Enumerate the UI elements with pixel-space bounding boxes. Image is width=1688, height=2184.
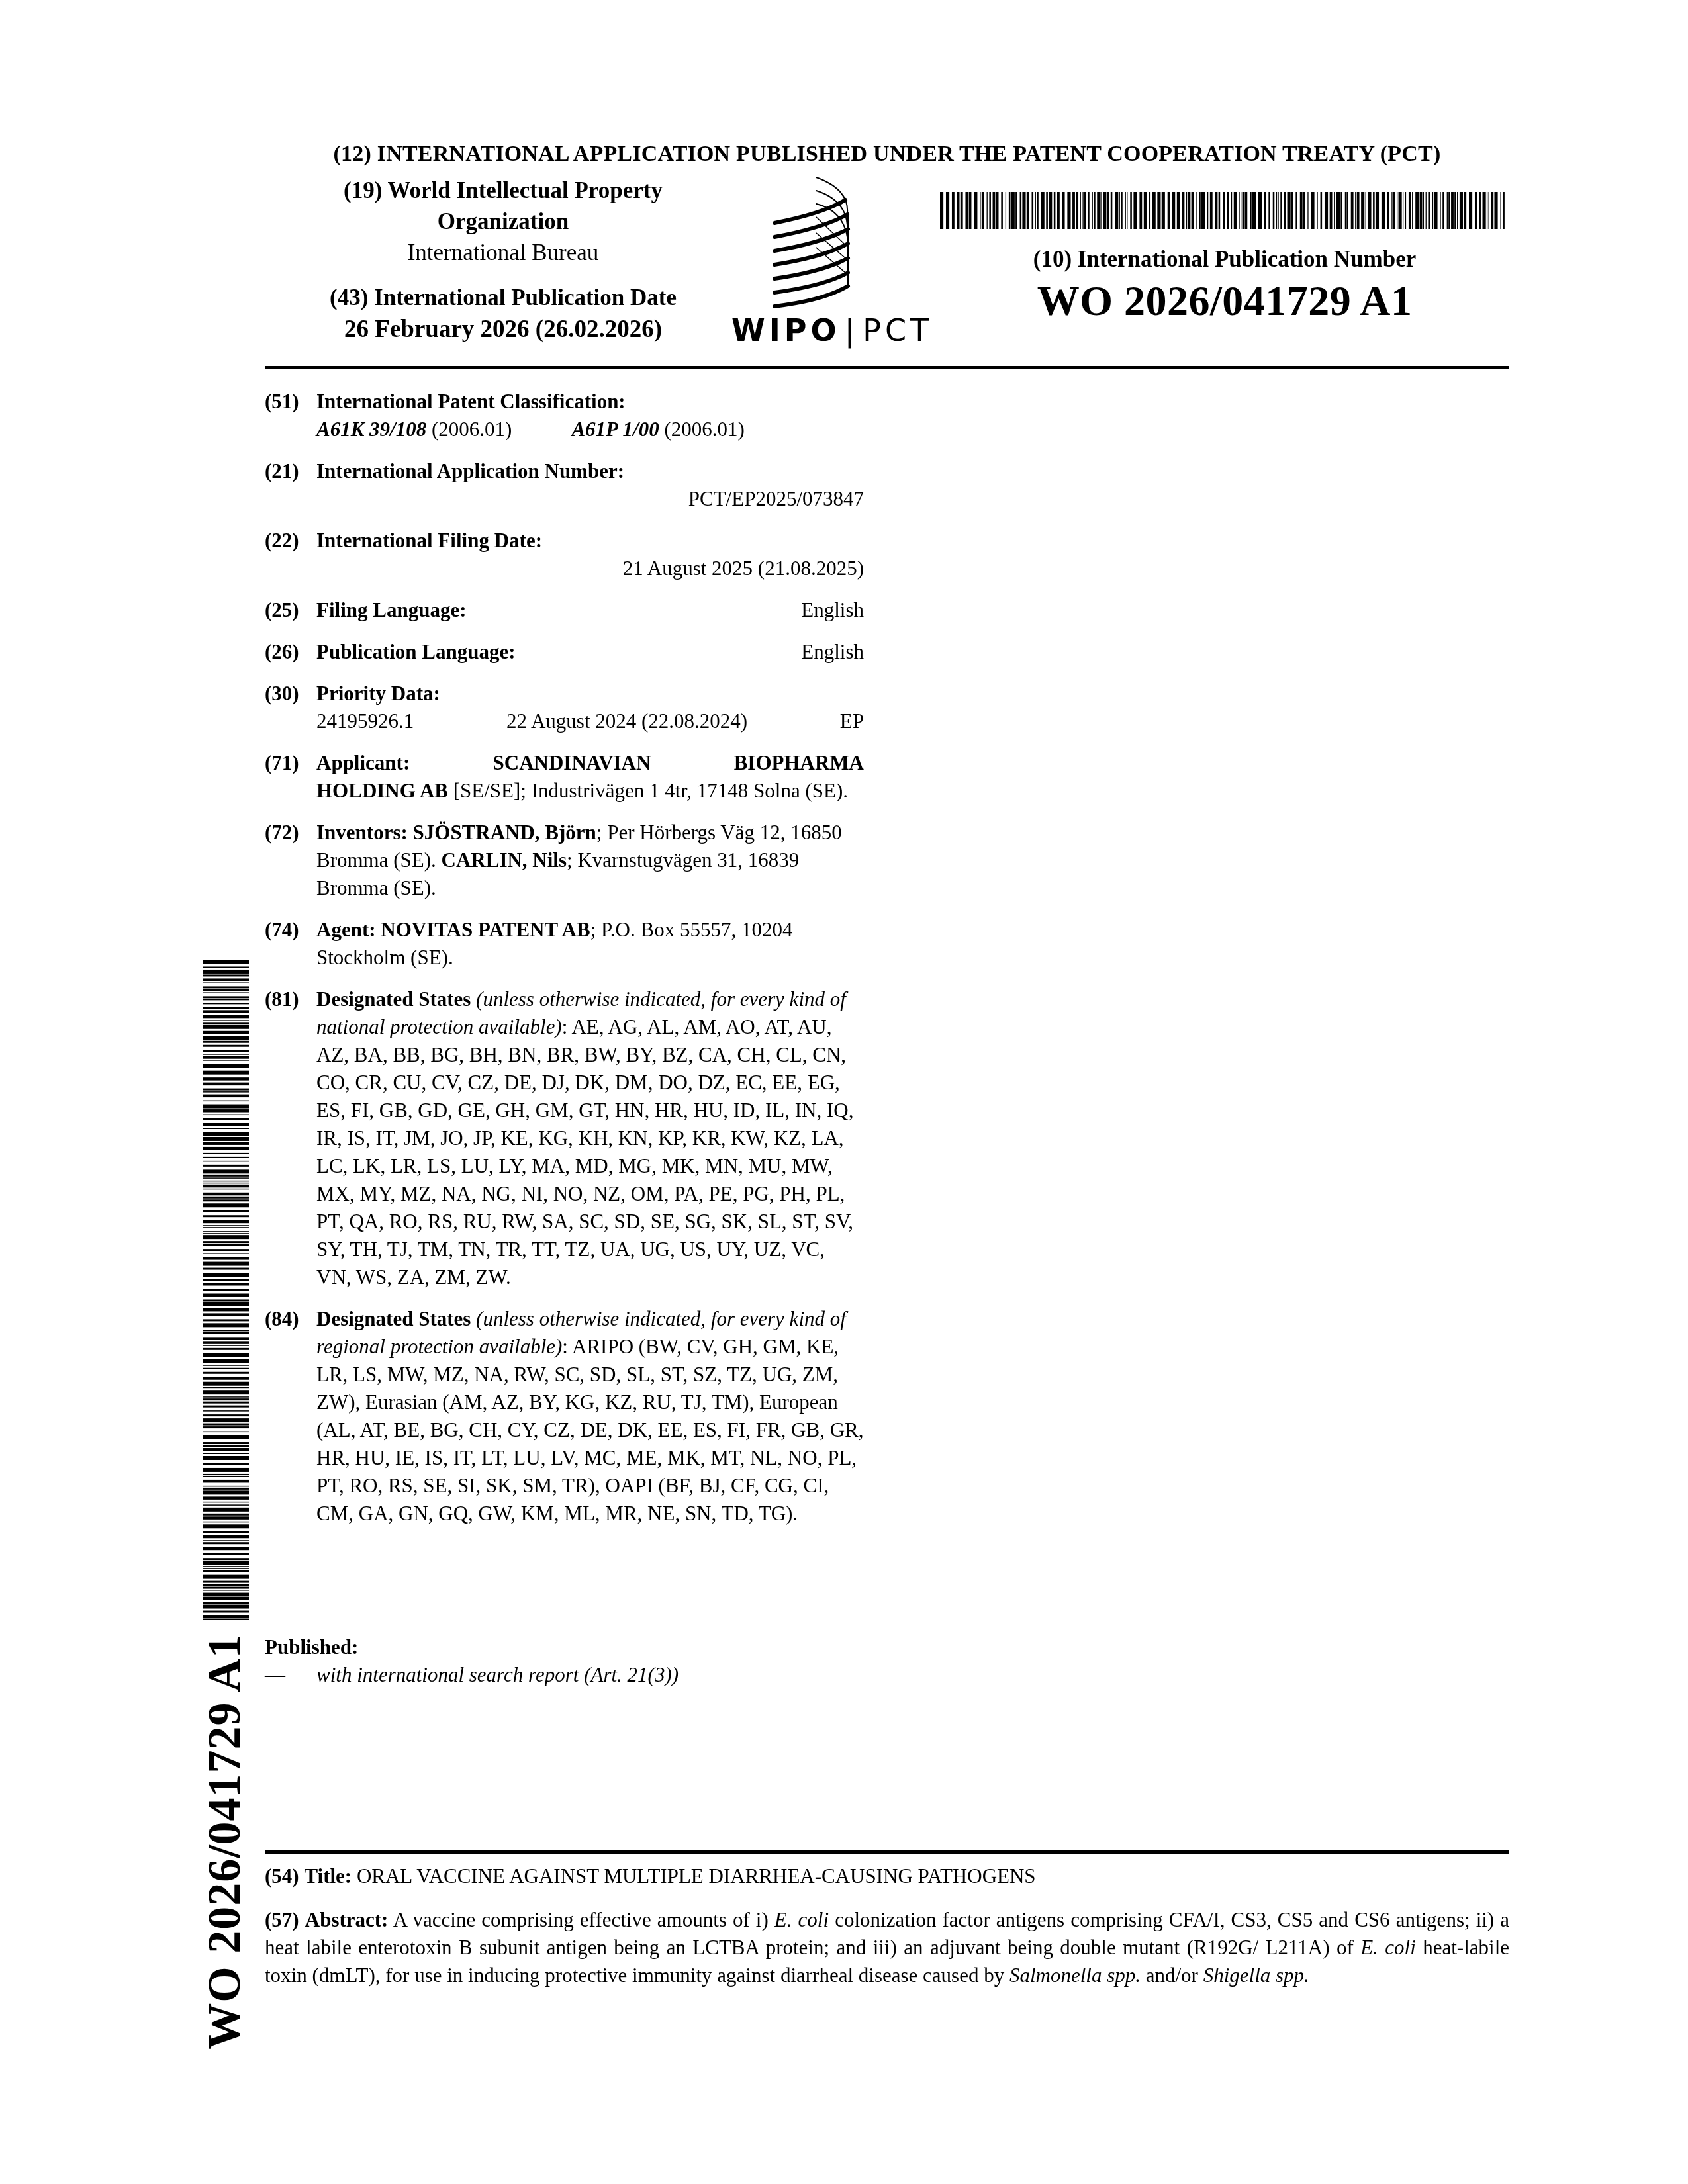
field-filing-language: (25) Filing Language: English (265, 596, 864, 624)
field-application-number: (21) International Application Number: P… (265, 457, 864, 513)
ipc-entry: A61K 39/108 (2006.01) (316, 416, 512, 443)
inventor-name: SJÖSTRAND, Björn (413, 821, 596, 844)
office-name-line1: (19) World Intellectual Property (285, 175, 722, 206)
office-bureau: International Bureau (285, 237, 722, 268)
field-code: (30) (265, 680, 299, 707)
field-code: (72) (265, 819, 299, 846)
field-label: Filing Language: (316, 596, 467, 624)
dash-bullet: — (265, 1661, 316, 1689)
publication-date-label: (43) International Publication Date (285, 282, 722, 314)
header-divider (265, 366, 1509, 369)
filing-language-value: English (801, 596, 864, 624)
field-agent: (74) Agent: NOVITAS PATENT AB; P.O. Box … (265, 916, 864, 972)
priority-row: 24195926.1 22 August 2024 (22.08.2024) E… (316, 707, 864, 735)
field-designated-regional: (84) Designated States (unless otherwise… (265, 1305, 864, 1527)
field-code: (71) (265, 749, 299, 777)
field-code: (51) (265, 388, 299, 416)
title-value: ORAL VACCINE AGAINST MULTIPLE DIARRHEA-C… (357, 1864, 1036, 1888)
publication-date-value: 26 February 2026 (26.02.2026) (285, 314, 722, 345)
designated-states-list: AE, AG, AL, AM, AO, AT, AU, AZ, BA, BB, … (316, 1015, 853, 1289)
office-name-line2: Organization (285, 206, 722, 237)
field-code: (21) (265, 457, 299, 485)
wordmark-pct: PCT (863, 312, 933, 348)
published-heading: Published: (265, 1633, 679, 1661)
field-applicant: (71) Applicant: SCANDINAVIAN BIOPHARMA H… (265, 749, 864, 805)
field-label: Designated States (316, 1307, 471, 1330)
field-code: (26) (265, 638, 299, 666)
applicant-name-part: HOLDING AB (316, 779, 448, 802)
published-item: — with international search report (Art.… (265, 1661, 679, 1689)
wordmark-separator: | (845, 312, 859, 348)
issuing-office-block: (19) World Intellectual Property Organiz… (285, 175, 722, 268)
publication-number: WO 2026/041729 A1 (960, 277, 1489, 326)
publication-number-label: (10) International Publication Number (960, 246, 1489, 273)
application-number-value: PCT/EP2025/073847 (316, 485, 864, 513)
field-label: International Patent Classification: (316, 388, 864, 416)
wipo-pct-wordmark: WIPO|PCT (731, 312, 957, 348)
field-publication-language: (26) Publication Language: English (265, 638, 864, 666)
field-code: (74) (265, 916, 299, 944)
document-type-heading: (12) INTERNATIONAL APPLICATION PUBLISHED… (265, 142, 1509, 167)
field-label: Priority Data: (316, 680, 864, 707)
field-code: (54) (265, 1864, 299, 1888)
field-code: (22) (265, 527, 299, 555)
field-code: (81) (265, 985, 299, 1013)
filing-date-value: 21 August 2025 (21.08.2025) (316, 555, 864, 582)
field-label: Title: (304, 1864, 352, 1888)
agent-name: NOVITAS PATENT AB (381, 918, 590, 941)
title-divider (265, 1850, 1509, 1854)
bibliographic-data: (51) International Patent Classification… (265, 388, 864, 1541)
priority-date: 22 August 2024 (22.08.2024) (506, 707, 747, 735)
wordmark-wipo: WIPO (731, 312, 841, 348)
priority-office: EP (840, 707, 864, 735)
field-inventors: (72) Inventors: SJÖSTRAND, Björn; Per Hö… (265, 819, 864, 902)
field-filing-date: (22) International Filing Date: 21 Augus… (265, 527, 864, 582)
field-label: International Filing Date: (316, 527, 864, 555)
field-priority-data: (30) Priority Data: 24195926.1 22 August… (265, 680, 864, 735)
publication-number-block: (10) International Publication Number WO… (960, 246, 1489, 326)
wipo-globe-logo-icon (771, 173, 857, 316)
vertical-publication-number: WO 2026/041729 A1 (199, 1635, 252, 2048)
published-status: Published: — with international search r… (265, 1633, 679, 1689)
field-label: Abstract: (305, 1908, 389, 1931)
priority-number: 24195926.1 (316, 707, 414, 735)
publication-date-block: (43) International Publication Date 26 F… (285, 282, 722, 345)
vertical-barcode-icon (203, 960, 249, 1620)
designated-states-list: ARIPO (BW, CV, GH, GM, KE, LR, LS, MW, M… (316, 1335, 863, 1525)
ipc-codes: A61K 39/108 (2006.01) A61P 1/00 (2006.01… (316, 416, 864, 443)
field-label: Publication Language: (316, 638, 516, 666)
applicant-address: [SE/SE]; Industrivägen 1 4tr, 17148 Soln… (448, 779, 848, 802)
field-code: (57) (265, 1908, 299, 1931)
field-label: Applicant: (316, 749, 410, 777)
ipc-entry: A61P 1/00 (2006.01) (571, 416, 744, 443)
field-label: Designated States (316, 987, 471, 1011)
barcode-icon (940, 192, 1506, 229)
publication-language-value: English (801, 638, 864, 666)
field-code: (25) (265, 596, 299, 624)
field-code: (84) (265, 1305, 299, 1333)
invention-title: (54) Title: ORAL VACCINE AGAINST MULTIPL… (265, 1862, 1509, 1890)
field-label: Inventors: (316, 821, 408, 844)
applicant-name-part: SCANDINAVIAN (493, 749, 651, 777)
inventor-name: CARLIN, Nils (442, 848, 567, 872)
field-label: Agent: (316, 918, 376, 941)
field-label: International Application Number: (316, 457, 864, 485)
field-ipc: (51) International Patent Classification… (265, 388, 864, 443)
abstract-text: A vaccine comprising effective amounts o… (265, 1908, 1509, 1987)
abstract: (57) Abstract: A vaccine comprising effe… (265, 1906, 1509, 1989)
field-designated-national: (81) Designated States (unless otherwise… (265, 985, 864, 1291)
applicant-name-part: BIOPHARMA (734, 749, 864, 777)
published-item-text: with international search report (Art. 2… (316, 1661, 679, 1689)
